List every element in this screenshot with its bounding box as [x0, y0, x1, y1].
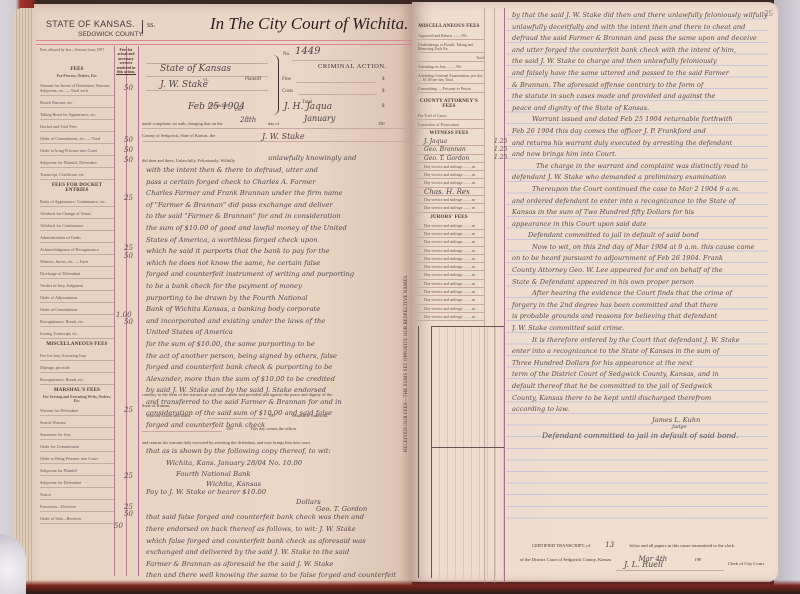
journal-line: and now brings him into Court.: [512, 149, 768, 161]
form-line: [616, 570, 724, 571]
juror-row: Day service and mileage ........ m: [414, 271, 484, 279]
year-suffix: 190: [378, 121, 385, 126]
witness-row: Day service and mileage ........ m: [414, 163, 484, 171]
fee-amount: 25: [124, 472, 133, 480]
column-divider: [138, 46, 139, 576]
fee-row: Recognizance, Bonds, etc.: [40, 315, 114, 327]
handwritten-line: that said false forged and counterfeit b…: [146, 512, 408, 524]
form-line: [142, 431, 222, 432]
fee-row: Affidavit for Change of Venue: [40, 207, 114, 219]
complaint-day: 28th: [240, 116, 256, 124]
statute-text: contrary to the form of the statutes in …: [142, 392, 332, 397]
witness-name: Geo. T. Gordon: [424, 155, 469, 162]
day-label: day of: [268, 121, 279, 126]
certified-text: folios and all papers in this cause tran…: [629, 543, 734, 548]
handwritten-line: pass a certain forged check to Charles A…: [146, 177, 408, 189]
fee-amount: 50: [124, 252, 133, 260]
header-ss: ss.: [142, 20, 155, 34]
juror-row: Day service and mileage ........ m: [414, 230, 484, 238]
witness-row: J. Jaqua: [414, 138, 484, 146]
juror-row: Day service and mileage ........ m: [414, 296, 484, 304]
fee-row: Witness, Jurors, etc. — Each: [40, 255, 114, 267]
journal-line: defendant J. W. Stake who demanded a pre…: [512, 172, 768, 184]
handwritten-line: Charles Farmer and Frank Brannan under t…: [146, 188, 408, 200]
journal-line: Thereupon the Court continued the case t…: [512, 184, 768, 196]
journal-line: County Attorney Geo. W. Lee appeared for…: [512, 265, 768, 277]
journal-line: enter into a recognizance to the State o…: [512, 346, 768, 358]
case-number: 1449: [295, 46, 320, 57]
handwritten-line: the sum of $10.00 of good and lawful mon…: [146, 223, 408, 235]
charge-first-line: unlawfully knowingly and: [268, 153, 408, 165]
handwritten-line: Farmer & Brannan as aforesaid he the sai…: [146, 559, 408, 571]
fee-section-title: MISCELLANEOUS FEES: [40, 342, 114, 347]
fee-row: Bench Warrant, etc.: [40, 96, 114, 108]
journal-line: The charge in the warrant and complaint …: [512, 161, 768, 173]
journal-entries: by that the said J. W. Stake did then an…: [512, 10, 768, 441]
journal-line: County, Kansas there to be kept until di…: [512, 393, 768, 405]
charge-continuation: that as is shown by the following copy t…: [146, 446, 408, 582]
handwritten-line: and incorporated and existing under the …: [146, 316, 408, 328]
fee-row: Committing .... Prisoner to Prison: [414, 84, 484, 93]
witness-name: J. Jaqua: [424, 138, 447, 145]
form-line: [142, 128, 410, 129]
this-day-text: This day comes the officer: [250, 426, 297, 431]
form-line: [146, 90, 268, 91]
form-line: [142, 141, 410, 142]
handwritten-line: with the intent then & there to defraud,…: [146, 165, 408, 177]
juror-row: Day service and mileage ........ m: [414, 288, 484, 296]
fee-row: Undertakings or Bonds, Taking and Return…: [414, 40, 484, 53]
handwritten-line: United States of America: [146, 327, 408, 339]
fee-row: Recognizance, Bonds, etc.: [40, 373, 114, 385]
plaintiff-name: State of Kansas: [160, 64, 231, 74]
journal-line: & Brannan. The aforesaid offense contrar…: [512, 80, 768, 92]
fee-row: Order of Sale—Receiver: [40, 512, 114, 524]
fee-row: Summons for Jury: [40, 428, 114, 440]
fee-row: Order of Adjournment: [40, 291, 114, 303]
fee-amount: 25: [124, 194, 133, 202]
fee-row: Administration of Oaths: [40, 231, 114, 243]
column-divider: [114, 46, 115, 576]
juror-row: Day service and mileage ........ m: [414, 280, 484, 288]
county-attorney-fees-title: COUNTY ATTORNEY'S FEES: [414, 99, 484, 109]
did-text: did then and there, Unlawfully, Feloniou…: [142, 158, 235, 163]
journal-line: unlawfully deceitfully and with the inte…: [512, 22, 768, 34]
journal-line: and ordered defendant to enter into a re…: [512, 196, 768, 208]
certified-label: CERTIFIED TRANSCRIPT, of: [532, 543, 590, 548]
witness-row: Day service and mileage ........ m: [414, 171, 484, 179]
fee-amount: 50: [124, 136, 133, 144]
handwritten-line: which he said it purports that the bank …: [146, 246, 408, 258]
district-text: of the District Court of Sedgwick County…: [520, 557, 611, 562]
fee-row: Entry of Appearance, Continuance, etc.: [40, 195, 114, 207]
handwritten-line: Bank of Wichita Kansas, a banking body c…: [146, 304, 408, 316]
handwritten-line: which he does not know the same, he cert…: [146, 258, 408, 270]
juror-row: Day service and mileage ........ m: [414, 255, 484, 263]
juror-row: Day service and mileage ........ m: [414, 313, 484, 321]
handwritten-line: that as is shown by the following copy t…: [146, 446, 408, 458]
journal-line: State & Defendant appeared in his own pr…: [512, 277, 768, 289]
witness-amount: 1.25: [494, 146, 507, 153]
journal-line: term of the District Court of Sedgwick C…: [512, 369, 768, 381]
handwritten-line: States of America, a worthless forged ch…: [146, 235, 408, 247]
witness-amount: 1.25: [494, 154, 507, 161]
misc-fees-column: MISCELLANEOUS FEES Approved and Return .…: [414, 8, 484, 321]
journal-line: the statute in such cases made and provi…: [512, 91, 768, 103]
book-bottom-edge: [0, 580, 800, 594]
journal-line: the said J. W. Stake to charge and then …: [512, 56, 768, 68]
journal-line: Kansas in the sum of Two Hundred fifty D…: [512, 207, 768, 219]
journal-line: forgery in the 2nd degree has been commi…: [512, 300, 768, 312]
clerk-signature: J. L. Ruell: [624, 560, 663, 569]
form-line: [296, 82, 376, 83]
handwritten-line: purporting to be drawn by the Fourth Nat…: [146, 293, 408, 305]
handwritten-line: the act of another person, being signed …: [146, 351, 408, 363]
fee-row: Conviction of Prosecution: [414, 120, 484, 129]
fee-row: Discharge of Defendant: [40, 267, 114, 279]
certified-transcript: CERTIFIED TRANSCRIPT, of 13 folios and a…: [532, 541, 734, 549]
fee-section-title: FEES FOR DOCKET ENTRIES: [40, 183, 114, 193]
fee-amount: 50: [124, 146, 133, 154]
handwritten-line: exchanged and delivered by the said J. W…: [146, 547, 408, 559]
witness-row: Day service and mileage ........ m: [414, 196, 484, 204]
fee-row: Verdict of Jury, Judgment: [40, 279, 114, 291]
witness-note: Chas. H. Rex: [424, 188, 470, 196]
year-prefix: 190: [234, 108, 242, 113]
journal-line: Feb 26 1904 this day comes the officer J…: [512, 126, 768, 138]
handwritten-line: of "Farmer & Brannan" did pass exchange …: [146, 200, 408, 212]
juror-row: Day service and mileage ........ m: [414, 263, 484, 271]
handwritten-line: which false forged and counterfeit bank …: [146, 536, 408, 548]
fee-row: Attending on Jury ........ 50c: [414, 62, 484, 71]
fee-row: Subpoena for Plaintiff: [40, 464, 114, 476]
warrant-issued-label: Warrant issued and dated: [146, 413, 190, 418]
fee-section-subtitle: For Serving and Executing Writs, Orders,…: [40, 395, 114, 404]
column-divider: [504, 8, 505, 583]
handwritten-line: to be a bank check for the payment of mo…: [146, 281, 408, 293]
journal-line: Warrant issued and dated Feb 25 1904 ret…: [512, 114, 768, 126]
action-type: CRIMINAL ACTION.: [318, 63, 387, 70]
fee-section-title: FEES: [40, 67, 114, 72]
costs-label: Costs: [282, 89, 293, 94]
handwritten-line: there endorsed on back thereof as follow…: [146, 524, 408, 536]
clerk-label: Clerk of City Court: [728, 561, 764, 566]
header-state: STATE OF KANSAS.: [46, 19, 135, 29]
certified-district-line: of the District Court of Sedgwick County…: [520, 555, 701, 563]
handwritten-line: unlawfully knowingly and: [268, 153, 408, 165]
witness-name: Geo. Brannan: [424, 146, 466, 153]
fee-row: Order of Commitment: [40, 303, 114, 315]
journal-line: and utter forged the counterfeit bank ch…: [512, 45, 768, 57]
fee-amount: 50: [124, 156, 133, 164]
journal-line: Defendant committed to jail in default o…: [512, 430, 768, 442]
fee-row: Execution—Receiver: [40, 500, 114, 512]
returns-text: and returns his warrant duly executed by…: [142, 440, 310, 445]
fee-row: Approved and Return ........ 50c: [414, 31, 484, 40]
fee-section-title: MARSHAL'S FEES: [40, 388, 114, 393]
witness-row: Day service and mileage ........ m: [414, 204, 484, 212]
fee-row: Notice: [40, 488, 114, 500]
complaint-text: made complaint, on oath, charging that o…: [142, 121, 223, 126]
fee-row: Warrant for Defendant: [40, 404, 114, 416]
fee-row: Order to bring Prisoner into Court: [40, 144, 114, 156]
witness-row: Geo. T. Gordon: [414, 155, 484, 163]
fee-row: Subpoena for Plaintiff, Defendant: [40, 156, 114, 168]
journal-line: by that the said J. W. Stake did then an…: [512, 10, 768, 22]
fee-schedule: Fees allowed by law—Session Laws 1897 FE…: [40, 46, 114, 576]
fee-row: Taking Bond for Appearance, etc.: [40, 108, 114, 120]
defendant-handwritten: J. W. Stake: [262, 132, 305, 141]
complainant-name: J. H. Jaqua: [284, 102, 332, 112]
witness-fees-title: WITNESS FEES: [414, 131, 484, 136]
county-line: County of Sedgwick, State of Kansas, the: [142, 133, 215, 138]
journal-line: After hearing the evidence the Court fin…: [512, 288, 768, 300]
fees-column-header: Fees for actual and necessary services r…: [116, 48, 136, 75]
fee-row: Acknowledgment of Recognizance: [40, 243, 114, 255]
fee-row: Order to Bring Prisoner into Court: [40, 452, 114, 464]
journal-line: Now to wit, on this 2nd day of Mar 1904 …: [512, 242, 768, 254]
case-number-label: No.: [283, 52, 290, 57]
form-line: [298, 94, 376, 95]
fine-dollar: $: [382, 77, 385, 82]
state-text: State of Kansas.: [142, 403, 170, 408]
fee-row: For Trial of Cause: [414, 111, 484, 120]
handwritten-line: and transferred to the said Farmer & Bra…: [146, 397, 408, 409]
handwritten-line: forged and counterfeit bank check & purp…: [146, 362, 408, 374]
juror-row: Day service and mileage ........ m: [414, 222, 484, 230]
costs-dollar: $: [382, 89, 385, 94]
fee-row: Subpoena for Defendant: [40, 476, 114, 488]
this-day-year: 190: [226, 426, 233, 431]
defendant-name: J. W. Stake: [160, 80, 208, 90]
handwritten-line: forged and counterfeit instrument of wri…: [146, 269, 408, 281]
juror-row: Day service and mileage ........ m: [414, 305, 484, 313]
fee-amount: 50: [124, 84, 133, 92]
witness-row: Chas. H. Rex: [414, 188, 484, 196]
journal-line: J. W. Stake committed said crime.: [512, 323, 768, 335]
fee-amount: 25: [124, 244, 133, 252]
form-line: [292, 60, 352, 61]
misc-fees-title: MISCELLANEOUS FEES: [414, 24, 484, 29]
handwritten-line: Wichita, Kans. January 28/04 No. 10.00: [146, 458, 408, 470]
fee-row: Warrant for Arrest of Defendant, Warrant…: [40, 79, 114, 96]
fee-amount: 25: [124, 406, 133, 414]
fee-intro: Fees allowed by law—Session Laws 1897: [40, 46, 114, 64]
fine-label: Fine: [282, 77, 291, 82]
journal-line: Three Hundred Dollars for his appearance…: [512, 358, 768, 370]
fee-row: Attending Criminal Examination, per day …: [414, 71, 484, 84]
form-brace: [272, 55, 279, 115]
header-county: SEDGWICK COUNTY.: [78, 31, 144, 38]
handwritten-line: to the said "Farmer & Brannan" for and i…: [146, 211, 408, 223]
certified-year: 190: [694, 557, 701, 562]
returnable-text: returnable forthwith.: [292, 413, 328, 418]
handwritten-line: Pay to J. W. Stake or bearer $10.00: [146, 487, 408, 499]
fee-row: Mileage, per mile: [40, 361, 114, 373]
handwritten-line: Dollars: [146, 498, 408, 506]
fee-row: Issuing Transcript, etc.: [40, 327, 114, 339]
witness-amount: 1.25: [494, 138, 507, 145]
form-line: [208, 418, 268, 419]
fee-amount: 50: [114, 522, 123, 530]
fee-row: Search Warrant: [40, 416, 114, 428]
journal-line: default thereof that he be committed to …: [512, 381, 768, 393]
court-title: In The City Court of Wichita.: [210, 14, 408, 34]
warrant-year: 190: [268, 413, 275, 418]
fee-row: Order for Commitment: [40, 440, 114, 452]
juror-row: Day service and mileage ........ m: [414, 247, 484, 255]
fee-row: Order of Commitment, etc. — Total: [40, 132, 114, 144]
handwritten-line: for the sum of $10.00, the same purporti…: [146, 339, 408, 351]
received-fees-divider: [432, 447, 504, 448]
journal-line: defraud the said Farmer & Brannan and pa…: [512, 33, 768, 45]
handwritten-line: Fourth National Bank: [146, 469, 408, 481]
journal-line: according to law.: [512, 404, 768, 416]
received-fees-label: RECEIVED OUR FEES—THE SUMS SET OPPOSITE …: [404, 212, 409, 452]
folios-count: 13: [591, 541, 628, 549]
total-dollar: $: [382, 104, 385, 109]
fee-amount: 50: [124, 318, 133, 326]
fee-amount: 50: [124, 510, 133, 518]
received-fees-grid: [432, 326, 504, 579]
fee-row: Transcript, Certificate, etc.: [40, 168, 114, 180]
judge-signature: James L. Kuhn: [512, 416, 768, 424]
plaintiff-label: Plaintiff: [245, 77, 261, 82]
fee-row: Fee for Jury, Swearing Jury: [40, 349, 114, 361]
fee-row: Docket and Trial Fees: [40, 120, 114, 132]
witness-row: Geo. Brannan: [414, 146, 484, 154]
complaint-month: January: [304, 114, 335, 123]
journal-line: appearance in this Court upon said date: [512, 219, 768, 231]
header-rule: [36, 40, 412, 45]
received-fees-box: [418, 326, 432, 578]
journal-line: peace and dignity of the State of Kansas…: [512, 103, 768, 115]
juror-row: Day service and mileage ........ m: [414, 238, 484, 246]
journal-line: and returns his warrant duly executed by…: [512, 138, 768, 150]
jurors-fees-title: JURORS' FEES: [414, 215, 484, 220]
fee-row: Affidavit for Continuance: [40, 219, 114, 231]
witness-row: Day service and mileage ........ m: [414, 179, 484, 187]
journal-line: and falsely have the same uttered and pa…: [512, 68, 768, 80]
journal-line: is probable grounds and reasons for beli…: [512, 311, 768, 323]
handwritten-line: Alexander, more than the sum of $10.00 t…: [146, 374, 408, 386]
journal-line: It is therefore ordered by the Court tha…: [512, 335, 768, 347]
fee-row: Total: [414, 53, 484, 62]
journal-line: on to be heard pursuant to adjournment o…: [512, 253, 768, 265]
journal-line: Defendant committed to jail in default o…: [512, 230, 768, 242]
